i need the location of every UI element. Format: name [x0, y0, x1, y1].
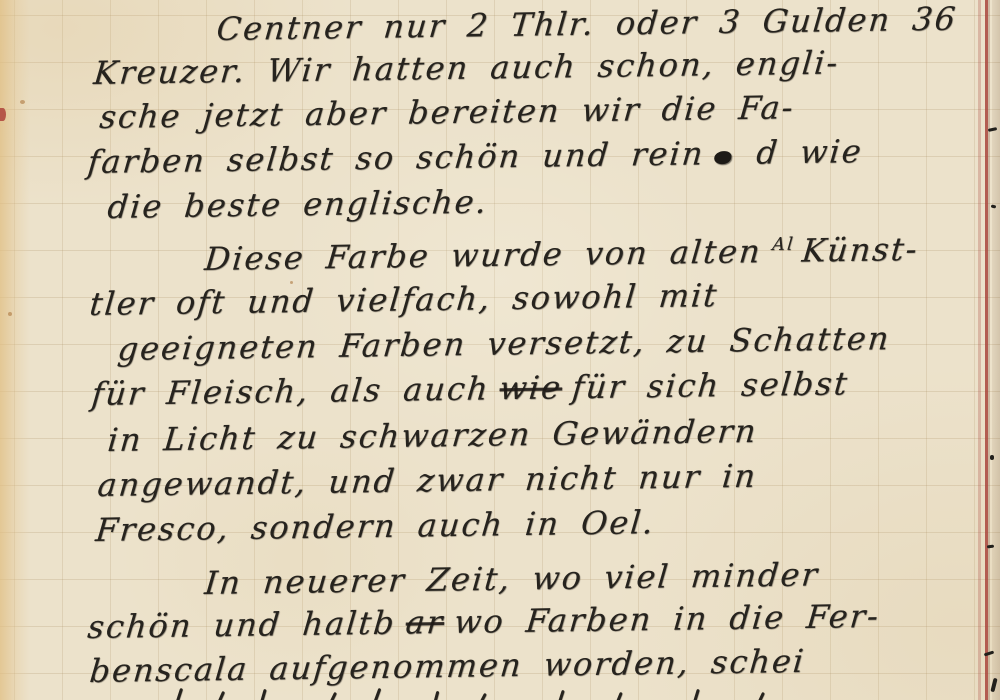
handwriting-segment: Diese Farbe wurde von alten	[203, 232, 764, 278]
handwriting-line: in Licht zu schwarzen Gewändern	[106, 412, 759, 459]
pen-stroke	[558, 690, 565, 700]
handwriting-line: schön und haltbarwo Farben in die Fer-	[86, 597, 892, 646]
crossed-out-word: wie	[498, 368, 564, 407]
handwriting-line: Centner nur 2 Thlr. oder 3 Gulden 36	[215, 0, 959, 48]
pen-stroke	[218, 691, 225, 700]
pen-stroke	[374, 688, 382, 700]
page-edge-shading	[0, 0, 30, 700]
red-paint-speck	[0, 108, 6, 121]
handwriting-segment: farben selbst so schön und rein	[86, 134, 706, 181]
cut-off-line-fragment	[150, 686, 870, 700]
crossed-out-word: ar	[404, 603, 446, 642]
ink-blot	[713, 151, 731, 164]
paper-stain	[20, 100, 25, 104]
handwriting-line: angewandt, und zwar nicht nur in	[96, 457, 759, 504]
handwriting-line: sche jetzt aber bereiten wir die Fa-	[98, 88, 796, 136]
handwriting-line: In neuerer Zeit, wo viel minder	[203, 555, 821, 602]
red-margin-line	[985, 0, 988, 700]
pen-stroke	[693, 689, 700, 700]
handwriting-line: Fresco, sondern auch in Oel.	[94, 503, 657, 549]
handwriting-segment: für sich selbst	[570, 364, 850, 406]
handwriting-segment: d wie	[755, 132, 865, 172]
pen-stroke	[434, 691, 440, 700]
handwriting-line: Diese Farbe wurde von altenAlKünst-	[203, 230, 930, 278]
pen-stroke	[616, 692, 623, 700]
ink-speck	[990, 455, 994, 460]
paper-stain	[8, 312, 12, 316]
handwriting-line: Kreuzer. Wir hatten auch schon, engli-	[92, 44, 841, 92]
handwriting-segment: für Fleisch, als auch	[90, 369, 491, 413]
handwriting-segment: schön und haltb	[86, 604, 398, 646]
handwriting-line: benscala aufgenommen worden, schei	[88, 642, 807, 690]
pen-stroke	[758, 692, 765, 700]
handwriting-line: die beste englische.	[106, 183, 490, 226]
pen-stroke	[480, 693, 487, 700]
pen-stroke	[260, 689, 266, 700]
manuscript-page: Centner nur 2 Thlr. oder 3 Gulden 36 Kre…	[0, 0, 1000, 700]
handwriting-line: farben selbst so schön und rein d wie	[86, 132, 875, 181]
handwriting-line: tler oft und vielfach, sowohl mit	[88, 276, 720, 323]
inserted-word: Al	[771, 235, 795, 255]
handwriting-segment: wo Farben in die Fer-	[452, 597, 881, 641]
handwriting-segment: Künst-	[800, 230, 920, 270]
page-gutter-shading	[992, 0, 1000, 700]
handwriting-line: für Fleisch, als auchwiefür sich selbst	[90, 364, 861, 413]
handwriting-line: geeigneten Farben versetzt, zu Schatten	[116, 319, 892, 368]
pen-stroke	[330, 692, 337, 700]
pen-stroke	[176, 688, 183, 700]
